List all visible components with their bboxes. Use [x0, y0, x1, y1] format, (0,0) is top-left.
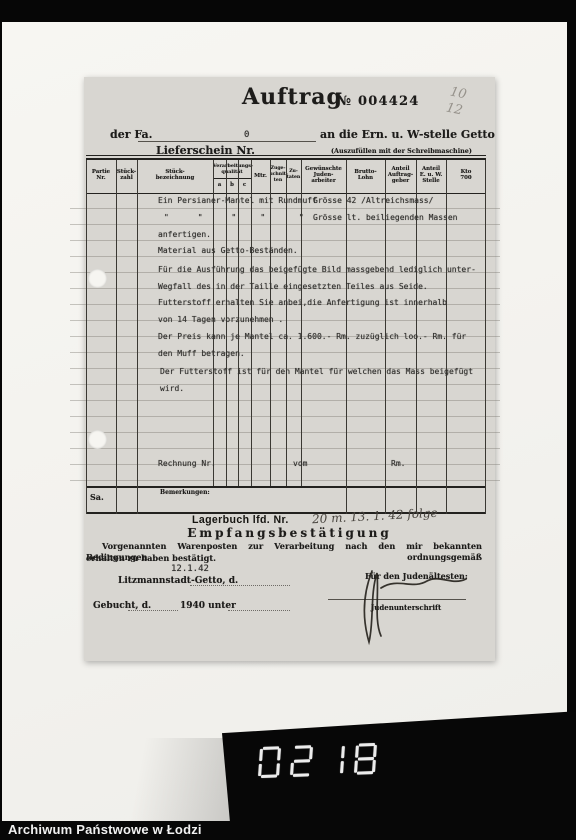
- col-header-stueckzahl: Stück- zahl: [116, 169, 137, 181]
- typed-line-ditto: " " " " ": [164, 213, 304, 222]
- lieferschein-underline: [238, 142, 272, 156]
- pencil-annotation-1: 10: [449, 84, 468, 102]
- col-header-zugeschnitten: Zuge- schnit- ten: [270, 166, 286, 185]
- typed-line: Grösse 42 /Altreichsmass/: [313, 196, 433, 205]
- typed-line: Material aus Getto-Beständen.: [158, 246, 298, 255]
- punch-hole-top: [88, 269, 107, 288]
- header-rule-thin: [86, 155, 486, 156]
- table-grid-line: [116, 486, 117, 514]
- table-grid-line: [416, 160, 417, 486]
- typed-line: anfertigen.: [158, 230, 211, 239]
- table-grid-line: [485, 486, 486, 514]
- table-grid-line: [286, 160, 287, 486]
- col-header-kto700: Kto 700: [446, 169, 486, 181]
- abc-divider: [213, 178, 251, 179]
- col-header-a: a: [213, 182, 226, 188]
- seven-segment-digits: [258, 743, 377, 778]
- fa-underline: [138, 127, 316, 142]
- typed-line: den Muff betragen.: [158, 349, 245, 358]
- typed-fa-value: 0: [244, 130, 249, 140]
- table-grid-line: [86, 160, 87, 486]
- typed-line: Ein Persianer-Mantel mit Rundmuff: [158, 196, 317, 205]
- seven-segment-digit: [322, 744, 345, 776]
- caption-band: Archiwum Państwowe w Łodzi: [0, 821, 576, 840]
- recipient-label: an die Ern. u. W-stelle Getto: [320, 128, 495, 141]
- table-grid-line: [137, 486, 138, 514]
- col-header-b: b: [226, 182, 238, 188]
- table-grid-line: [86, 486, 87, 514]
- typed-line: Der Preis kann je Mantel ca. 1.600.- Rm.…: [158, 332, 466, 341]
- microfilm-frame: Auftrag № 004424 10 12 der Fa. 0 an die …: [0, 0, 576, 840]
- typewriter-note: (Auszufüllen mit der Schreibmaschine): [331, 147, 472, 155]
- typed-line: von 14 Tagen vorzunehmen .: [158, 315, 283, 324]
- seven-segment-digit: [290, 745, 313, 777]
- counter-shadow: [118, 738, 236, 822]
- gebucht-underline-2: [228, 598, 290, 611]
- table-grid-line: [385, 160, 386, 486]
- punch-hole-bottom: [88, 430, 107, 449]
- typed-line: Wegfall des in der Taille eingesetzten T…: [158, 282, 428, 291]
- seven-segment-digit: [354, 743, 377, 775]
- col-header-mtr: Mtr.: [251, 173, 270, 179]
- col-header-anteil-ew-stelle: Anteil E. u. W. Stelle: [416, 166, 446, 185]
- bemerkungen-label: Bemerkungen:: [160, 489, 210, 496]
- col-header-bezeichnung: Stück- bezeichnung: [137, 169, 213, 181]
- table-grid-line: [446, 160, 447, 486]
- form-title: Auftrag: [242, 84, 343, 110]
- col-header-judenarbeiter: Gewünschte Juden- arbeiter: [301, 166, 346, 185]
- order-number: № 004424: [337, 94, 420, 109]
- typed-line: Grösse lt. beiliegenden Massen: [313, 213, 458, 222]
- col-header-c: c: [238, 182, 251, 188]
- confirmation-text-line2: erhalten zu haben bestätigt.: [86, 553, 216, 563]
- sa-label: Sa.: [90, 492, 104, 502]
- table-grid-line: [137, 160, 138, 486]
- judenunterschrift-signature: [352, 566, 482, 652]
- table-grid-line: [485, 160, 486, 486]
- typed-rechnung: Rechnung Nr.: [158, 459, 216, 468]
- typed-rm: Rm.: [391, 459, 405, 468]
- empfangsbestaetigung-title: Empfangsbestätigung: [84, 526, 495, 540]
- col-header-qualitaet: Verarbeitungs- qualität: [213, 163, 251, 175]
- typed-line: wird.: [160, 384, 184, 393]
- typed-line: Für die Ausführung das beigefügte Bild m…: [158, 265, 476, 274]
- archive-caption: Archiwum Państwowe w Łodzi: [8, 822, 202, 837]
- typed-line: Der Futterstoff ist für den Mantel für w…: [160, 367, 473, 376]
- auftrag-document: Auftrag № 004424 10 12 der Fa. 0 an die …: [84, 77, 495, 661]
- lagerbuch-stamp: Lagerbuch lfd. Nr.: [192, 514, 289, 526]
- table-grid-line: [446, 486, 447, 514]
- gebucht-underline-1: [128, 598, 178, 611]
- col-header-bruttolohn: Brutto- Lohn: [346, 169, 385, 181]
- table-grid-line: [301, 160, 302, 486]
- pencil-annotation-2: 12: [445, 100, 464, 118]
- col-header-zutaten: Zu- taten: [286, 169, 301, 181]
- seven-segment-digit: [258, 746, 281, 778]
- typed-vom: vom: [293, 459, 307, 468]
- table-grid-line: [346, 160, 347, 486]
- place-underline: [190, 573, 290, 586]
- col-header-partie: Partie Nr.: [86, 169, 116, 181]
- table-footer-rule: [86, 486, 486, 488]
- typed-line: Futterstoff erhalten Sie anbei,die Anfer…: [158, 298, 447, 307]
- table-grid-line: [116, 160, 117, 486]
- col-header-anteil-auftraggeber: Anteil Auftrag- geber: [385, 166, 416, 185]
